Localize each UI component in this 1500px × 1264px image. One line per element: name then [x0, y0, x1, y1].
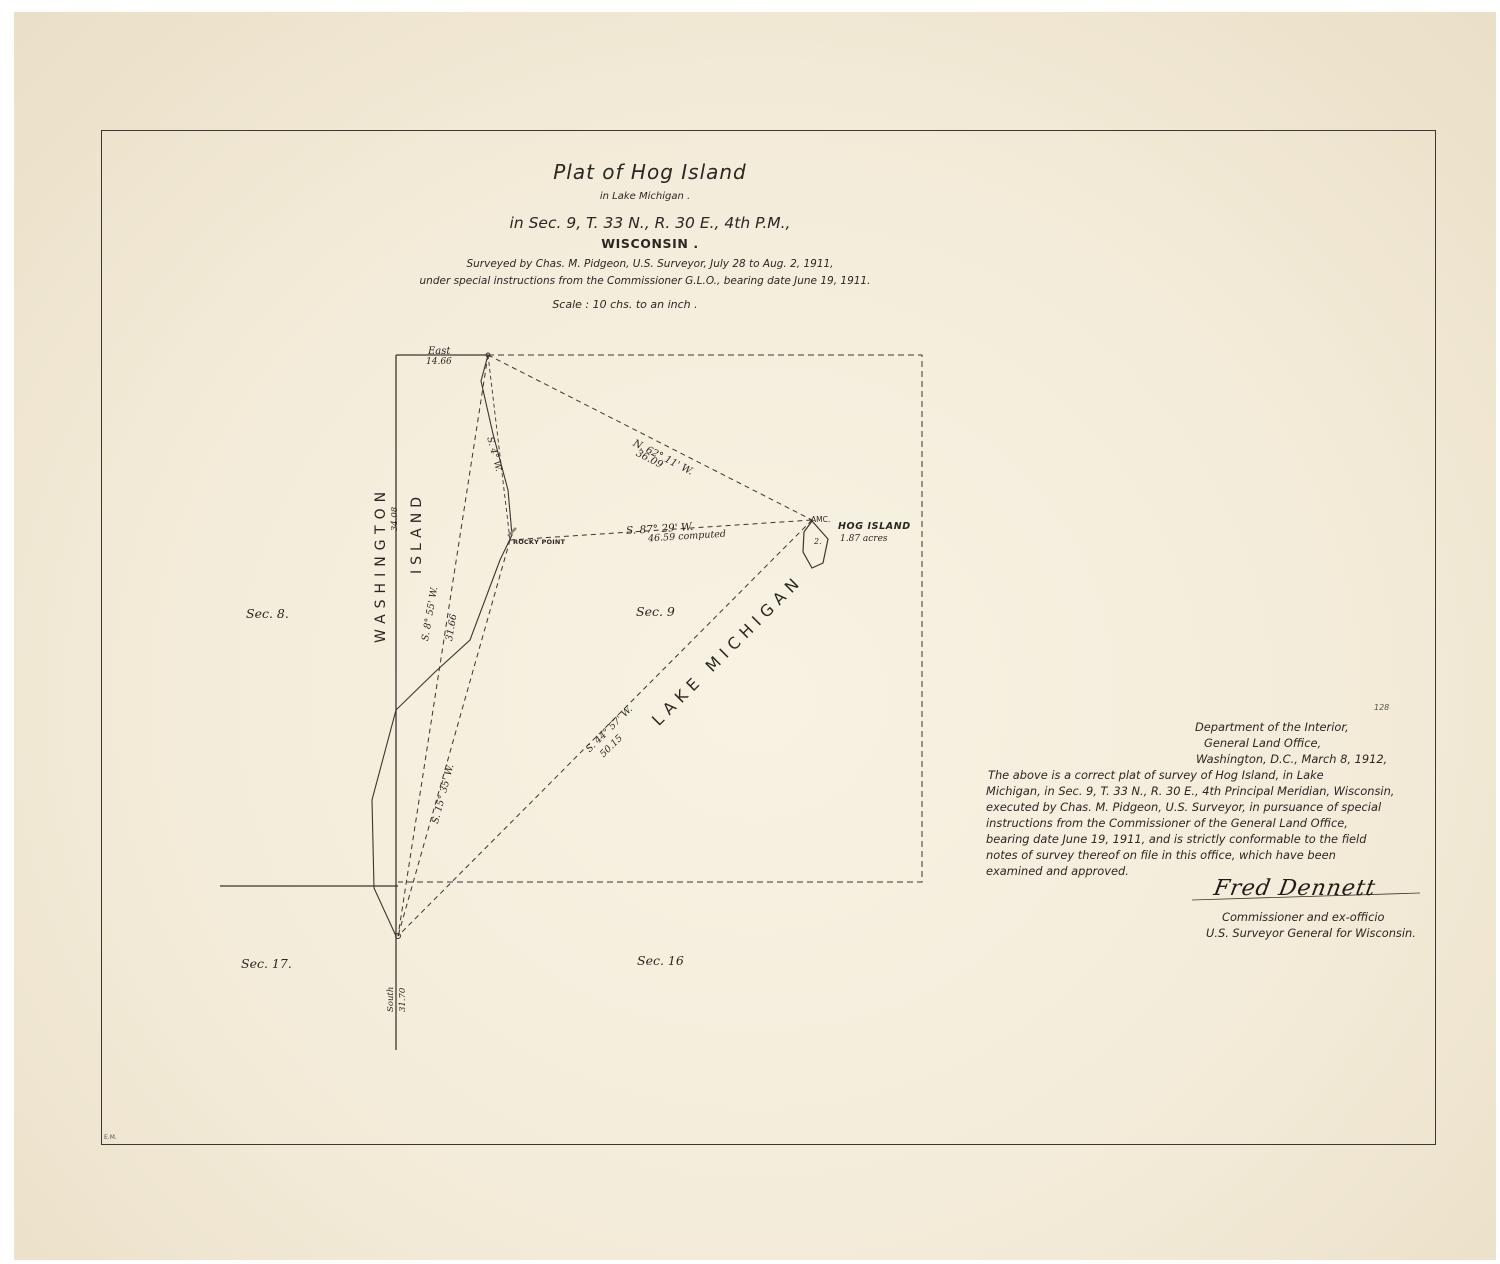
- signer-title-2: U.S. Surveyor General for Wisconsin.: [1206, 926, 1416, 942]
- signer-title: Commissioner and ex-officio: [1222, 910, 1384, 926]
- signature-flourish: [0, 0, 1500, 1264]
- signature: Fred Dennett: [1212, 876, 1378, 901]
- corner-mark: E.M.: [104, 1134, 117, 1141]
